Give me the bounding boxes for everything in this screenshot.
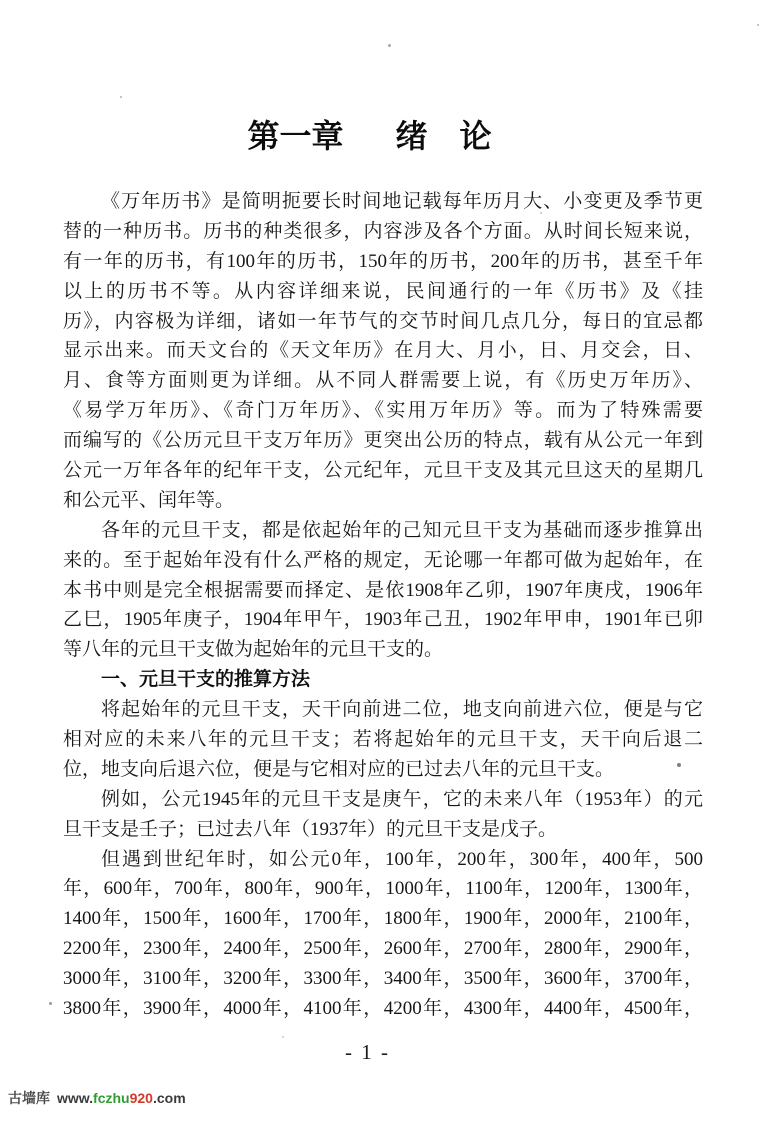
paragraph-line: 但遇到世纪年时，如公元0年，100年，200年，300年，400年，500 (63, 845, 703, 875)
paragraph-line: 相对应的未来八年的元旦干支；若将起始年的元旦干支，天干向后退二 (63, 725, 703, 755)
paragraph-line: 年，600年，700年，800年，900年，1000年，1100年，1200年，… (63, 874, 703, 904)
paragraph-line: 将起始年的元旦干支，天干向前进二位，地支向前进六位，便是与它 (63, 695, 703, 725)
paragraph-line: 以上的历书不等。从内容详细来说，民间通行的一年《历书》及《挂 (63, 277, 703, 307)
paragraph-line: 2200年，2300年，2400年，2500年，2600年，2700年，2800… (63, 934, 703, 964)
body-text: 《万年历书》是简明扼要长时间地记载每年历月大、小变更及季节更 替的一种历书。历书… (63, 187, 703, 1024)
paragraph-line: 来的。至于起始年没有什么严格的规定，无论哪一年都可做为起始年，在 (63, 546, 703, 576)
scan-speck-dot (540, 212, 542, 214)
paragraph-line: 本书中则是完全根据需要而择定、是依1908年乙卯，1907年庚戌，1906年 (63, 576, 703, 606)
paragraph-line: 旦干支是壬子；已过去八年（1937年）的元旦干支是戊子。 (63, 815, 703, 845)
paragraph-line: 3800年，3900年，4000年，4100年，4200年，4300年，4400… (63, 994, 703, 1024)
chapter-title-number: 第一章 (247, 118, 343, 154)
scan-speck-dot (388, 44, 391, 47)
paragraph-line: 显示出来。而天文台的《天文年历》在月大、月小，日、月交会，日、 (63, 336, 703, 366)
paragraph-line: 和公元平、闰年等。 (63, 486, 703, 516)
scan-speck-dot (282, 1036, 284, 1038)
watermark-url-suffix: .com (153, 1090, 186, 1106)
paragraph-line: 而编写的《公历元旦干支万年历》更突出公历的特点，载有从公元一年到 (63, 426, 703, 456)
paragraph-line: 有一年的历书，有100年的历书，150年的历书，200年的历书，甚至千年 (63, 247, 703, 277)
watermark-url-www: www. (57, 1090, 93, 1106)
paragraph-line: 《万年历书》是简明扼要长时间地记载每年历月大、小变更及季节更 (63, 187, 703, 217)
scan-speck-dot (49, 1002, 52, 1005)
watermark-site-name: 古墙库 (8, 1090, 50, 1106)
watermark: 古墙库www.fczhu920.com (8, 1088, 186, 1108)
chapter-title-text: 绪 论 (396, 118, 492, 154)
paragraph-line: 等八年的元旦干支做为起始年的元旦干支的。 (63, 635, 703, 665)
paragraph-line: 替的一种历书。历书的种类很多，内容涉及各个方面。从时间长短来说， (63, 217, 703, 247)
paragraph-line: 位，地支向后退六位，便是与它相对应的已过去八年的元旦干支。 (63, 755, 703, 785)
section-heading: 一、元旦干支的推算方法 (63, 665, 703, 695)
paragraph-line: 乙巳，1905年庚子，1904年甲午，1903年己丑，1902年甲申，1901年… (63, 605, 703, 635)
paragraph-line: 1400年，1500年，1600年，1700年，1800年，1900年，2000… (63, 904, 703, 934)
scan-speck-dot (120, 96, 122, 98)
paragraph-line: 历》，内容极为详细，诸如一年节气的交节时间几点几分，每日的宜忌都 (63, 307, 703, 337)
paragraph-line: 例如，公元1945年的元旦干支是庚午，它的未来八年（1953年）的元 (63, 785, 703, 815)
page-number: - 1 - (0, 1040, 749, 1065)
scan-speck-dot (677, 763, 681, 767)
scanned-book-page: 第一章绪 论 《万年历书》是简明扼要长时间地记载每年历月大、小变更及季节更 替的… (0, 0, 763, 1122)
paragraph-line: 各年的元旦干支，都是依起始年的己知元旦干支为基础而逐步推算出 (63, 516, 703, 546)
chapter-title: 第一章绪 论 (0, 111, 751, 157)
scan-speck-dot (701, 432, 703, 434)
paragraph-line: 月、食等方面则更为详细。从不同人群需要上说，有《历史万年历》、 (63, 366, 703, 396)
paragraph-line: 3000年，3100年，3200年，3300年，3400年，3500年，3600… (63, 964, 703, 994)
watermark-url-green: fczhu (93, 1090, 130, 1106)
paragraph-line: 公元一万年各年的纪年干支，公元纪年，元旦干支及其元旦这天的星期几 (63, 456, 703, 486)
paragraph-line: 《易学万年历》、《奇门万年历》、《实用万年历》等。而为了特殊需要 (63, 396, 703, 426)
scan-speck-dot (757, 24, 759, 26)
watermark-url-number: 920 (130, 1090, 153, 1106)
